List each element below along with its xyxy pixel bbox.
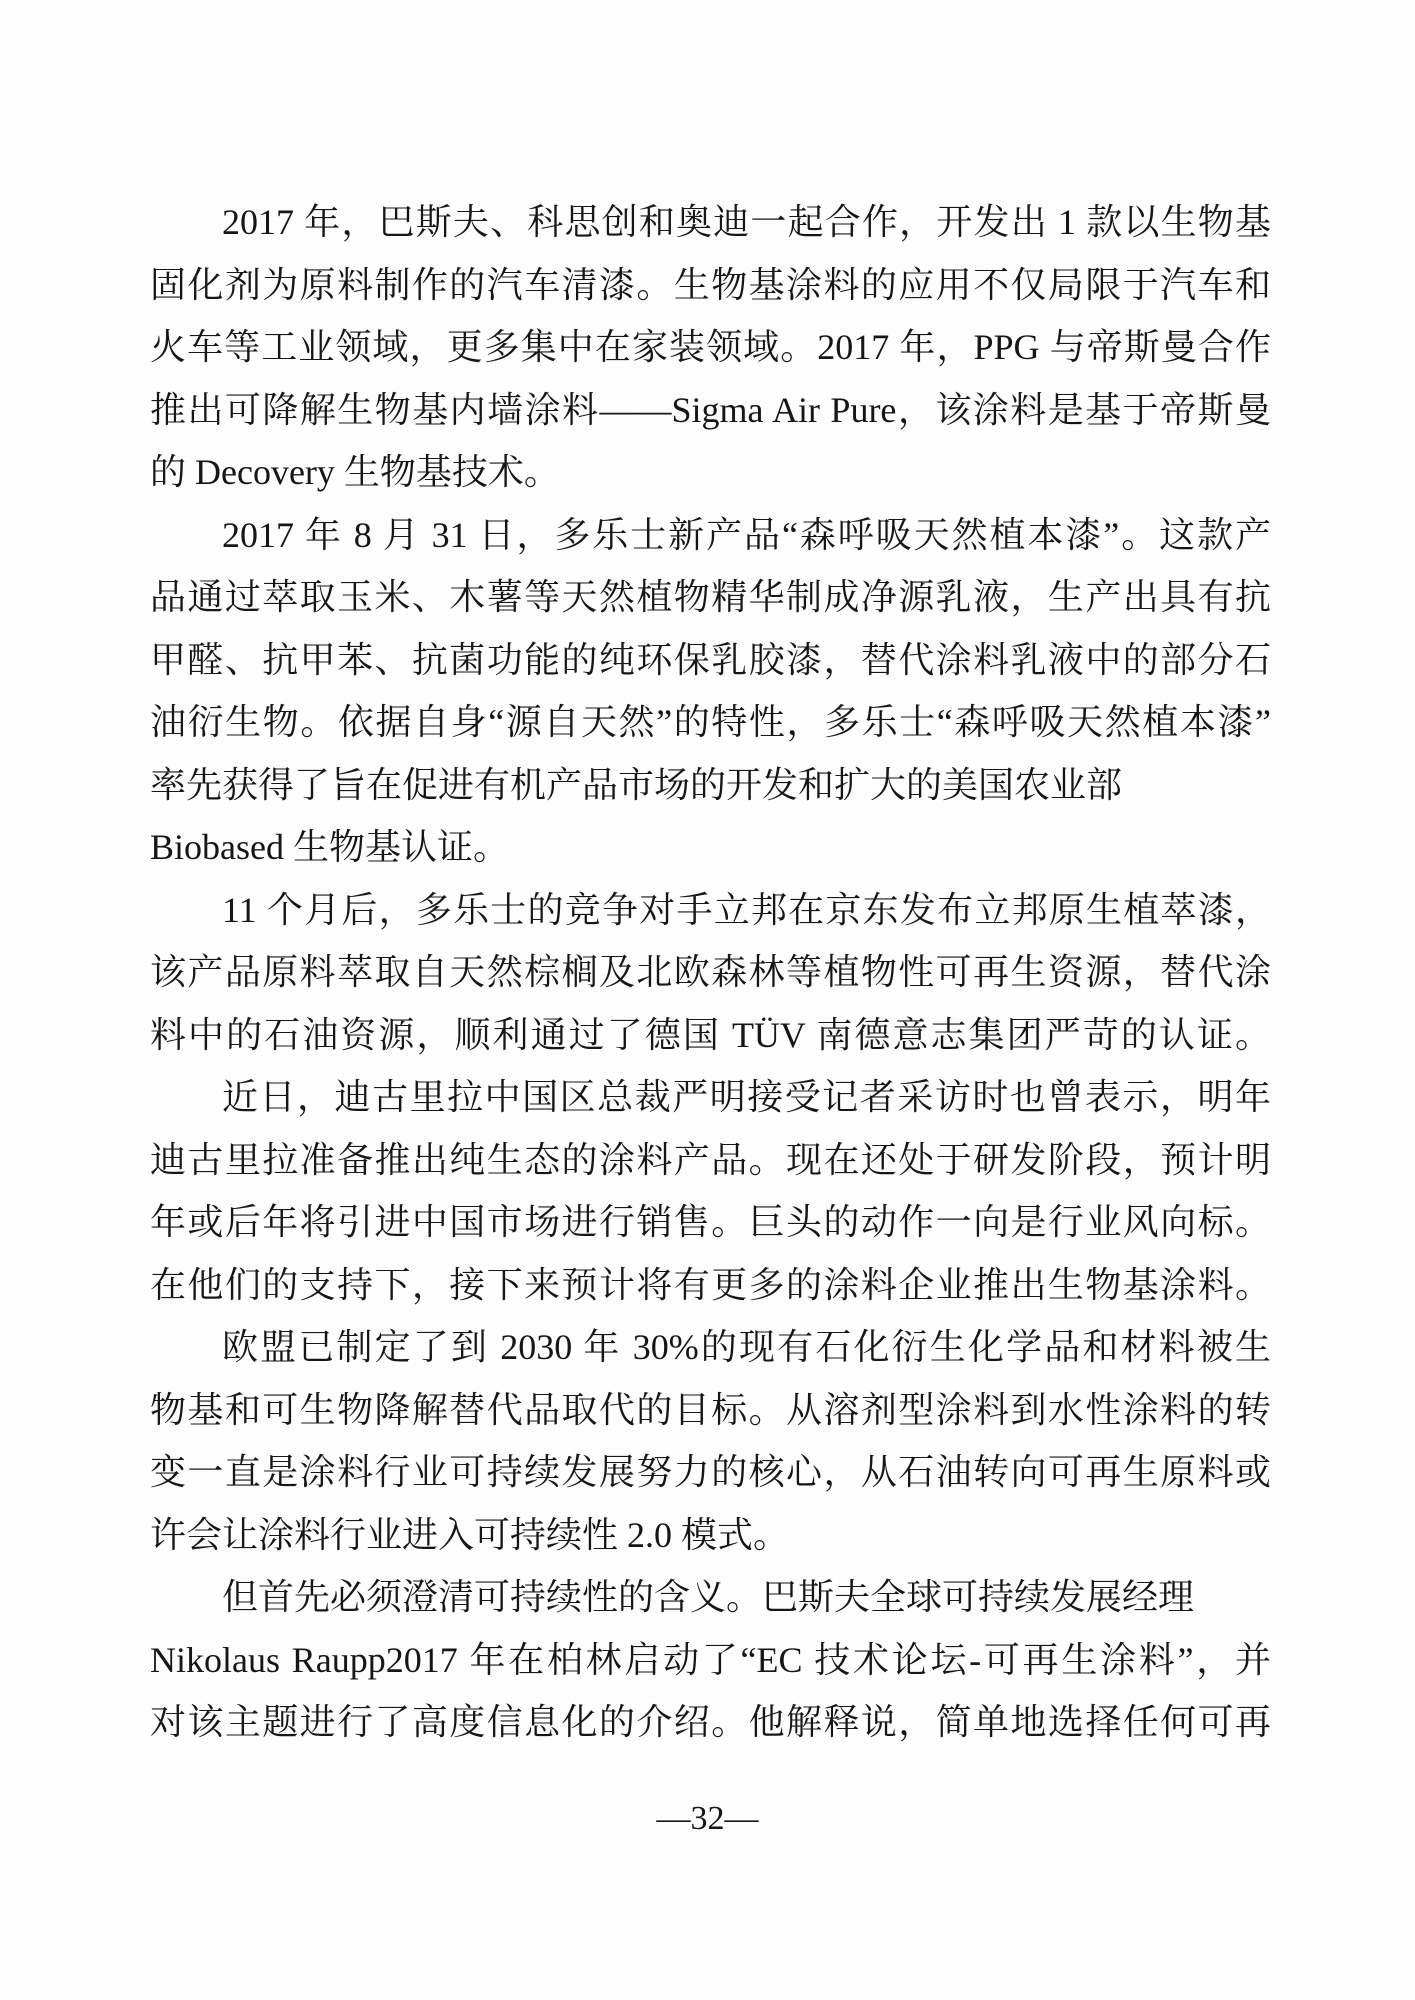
text-line: 推出可降解生物基内墙涂料——Sigma Air Pure，该涂料是基于帝斯曼	[150, 379, 1271, 442]
text-line: 甲醛、抗甲苯、抗菌功能的纯环保乳胶漆，替代涂料乳液中的部分石	[150, 629, 1271, 692]
text-line: 2017 年，巴斯夫、科思创和奥迪一起合作，开发出 1 款以生物基	[150, 191, 1271, 254]
text-line: 料中的石油资源，顺利通过了德国 TÜV 南德意志集团严苛的认证。	[150, 1004, 1271, 1067]
text-line: Biobased 生物基认证。	[150, 816, 1271, 879]
text-line: 变一直是涂料行业可持续发展努力的核心，从石油转向可再生原料或	[150, 1441, 1271, 1504]
text-line: 油衍生物。依据自身“源自天然”的特性，多乐士“森呼吸天然植本漆”	[150, 691, 1271, 754]
text-line: 许会让涂料行业进入可持续性 2.0 模式。	[150, 1504, 1271, 1567]
text-line: 物基和可生物降解替代品取代的目标。从溶剂型涂料到水性涂料的转	[150, 1379, 1271, 1442]
text-line: 年或后年将引进中国市场进行销售。巨头的动作一向是行业风向标。	[150, 1191, 1271, 1254]
document-body: 2017 年，巴斯夫、科思创和奥迪一起合作，开发出 1 款以生物基固化剂为原料制…	[150, 191, 1271, 1754]
text-line: 在他们的支持下，接下来预计将有更多的涂料企业推出生物基涂料。	[150, 1254, 1271, 1317]
text-line: 2017 年 8 月 31 日，多乐士新产品“森呼吸天然植本漆”。这款产	[150, 504, 1271, 567]
text-line: 火车等工业领域，更多集中在家装领域。2017 年，PPG 与帝斯曼合作	[150, 316, 1271, 379]
text-line: 品通过萃取玉米、木薯等天然植物精华制成净源乳液，生产出具有抗	[150, 566, 1271, 629]
text-line: 该产品原料萃取自天然棕榈及北欧森林等植物性可再生资源，替代涂	[150, 941, 1271, 1004]
text-line: 迪古里拉准备推出纯生态的涂料产品。现在还处于研发阶段，预计明	[150, 1129, 1271, 1192]
text-line: 11 个月后，多乐士的竞争对手立邦在京东发布立邦原生植萃漆，	[150, 879, 1271, 942]
text-line: 但首先必须澄清可持续性的含义。巴斯夫全球可持续发展经理	[150, 1566, 1271, 1629]
text-line: 欧盟已制定了到 2030 年 30%的现有石化衍生化学品和材料被生	[150, 1316, 1271, 1379]
text-line: 的 Decovery 生物基技术。	[150, 441, 1271, 504]
text-line: 率先获得了旨在促进有机产品市场的开发和扩大的美国农业部	[150, 754, 1271, 817]
text-line: Nikolaus Raupp2017 年在柏林启动了“EC 技术论坛-可再生涂料…	[150, 1629, 1271, 1692]
text-line: 近日，迪古里拉中国区总裁严明接受记者采访时也曾表示，明年	[150, 1066, 1271, 1129]
text-line: 对该主题进行了高度信息化的介绍。他解释说，简单地选择任何可再	[150, 1691, 1271, 1754]
page-number: —32—	[0, 1793, 1415, 1845]
document-page: 2017 年，巴斯夫、科思创和奥迪一起合作，开发出 1 款以生物基固化剂为原料制…	[0, 0, 1415, 2000]
text-line: 固化剂为原料制作的汽车清漆。生物基涂料的应用不仅局限于汽车和	[150, 254, 1271, 317]
